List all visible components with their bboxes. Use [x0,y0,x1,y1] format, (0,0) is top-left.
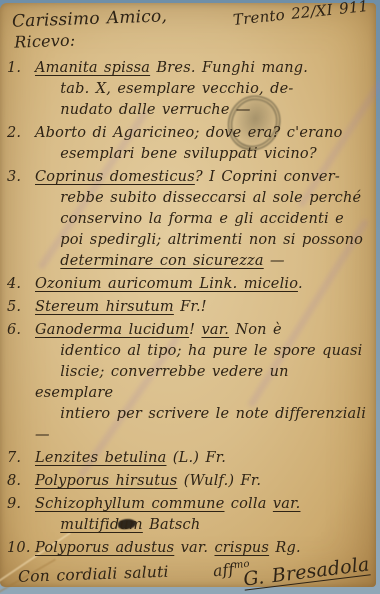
list-item: 4.Ozonium auricomum Link. micelio. [4,274,372,295]
photo-backdrop: Carissimo Amico, Trento 22/XI 911 Ricevo… [0,0,380,594]
item-text: Ozonium auricomum Link. micelio. [35,274,372,295]
letter-header: Carissimo Amico, Trento 22/XI 911 [4,8,372,29]
list-item: 2.Aborto di Agaricineo; dove era? c'eran… [4,123,372,165]
item-text: Lenzites betulina (L.) Fr. [35,448,372,469]
item-text: Polyporus adustus var. crispus Rg. [35,538,372,559]
closing-phrase: Con cordiali saluti [18,563,169,586]
item-number: 6. [4,320,35,446]
item-number: 10. [4,538,35,559]
list-item: 10.Polyporus adustus var. crispus Rg. [4,538,372,559]
list-item: 5.Stereum hirsutum Fr.! [4,297,372,318]
salutation: Carissimo Amico, [12,6,168,31]
list-item: 8.Polyporus hirsutus (Wulf.) Fr. [4,471,372,492]
items-list: 1.Amanita spissa Bres. Funghi mang. tab.… [4,58,372,559]
item-text: Aborto di Agaricineo; dove era? c'erano … [35,123,372,165]
item-number: 3. [4,167,35,272]
valediction-base: aff [212,560,235,580]
item-text: Polyporus hirsutus (Wulf.) Fr. [35,471,372,492]
item-number: 7. [4,448,35,469]
item-number: 8. [4,471,35,492]
list-item: 9.Schizophyllum commune colla var. multi… [4,494,372,536]
postcard: Carissimo Amico, Trento 22/XI 911 Ricevo… [0,3,376,587]
list-item: 6.Ganoderma lucidum! var. Non è identico… [4,320,372,446]
item-number: 9. [4,494,35,536]
item-number: 1. [4,58,35,121]
item-number: 5. [4,297,35,318]
item-text: Stereum hirsutum Fr.! [35,297,372,318]
item-text: Ganoderma lucidum! var. Non è identico a… [35,320,372,446]
list-item: 7.Lenzites betulina (L.) Fr. [4,448,372,469]
item-number: 4. [4,274,35,295]
dateline: Trento 22/XI 911 [232,0,369,29]
list-item: 3.Coprinus domesticus? I Coprini conver-… [4,167,372,272]
opening-line: Ricevo: [4,30,95,52]
item-text: Schizophyllum commune colla var. multifi… [35,494,372,536]
list-item: 1.Amanita spissa Bres. Funghi mang. tab.… [4,58,372,121]
item-text: Coprinus domesticus? I Coprini conver- r… [35,167,372,272]
item-number: 2. [4,123,35,165]
item-text: Amanita spissa Bres. Funghi mang. tab. X… [35,58,372,121]
